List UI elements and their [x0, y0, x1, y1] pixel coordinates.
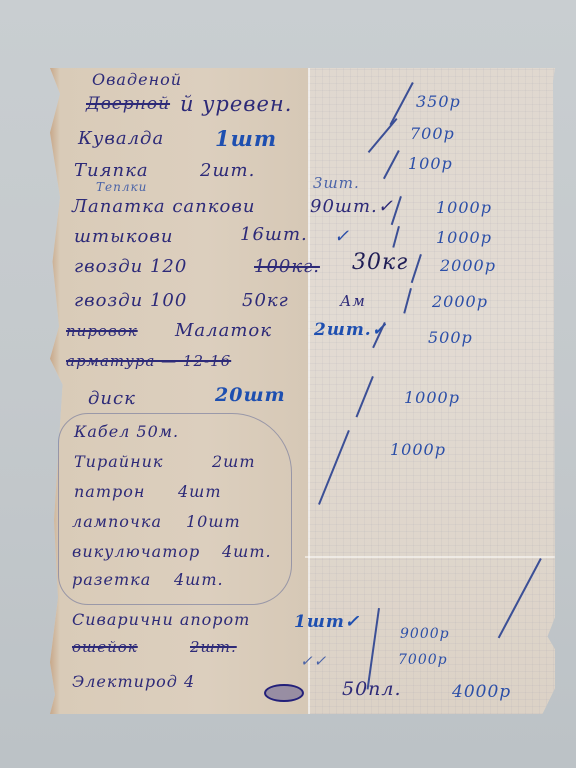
price: 2000р: [440, 256, 496, 275]
item-name: гвозди 120: [74, 256, 187, 277]
item-qty: 20шт: [215, 384, 286, 406]
item-qty: 50кг: [242, 290, 289, 311]
price: 9000р: [400, 626, 450, 642]
header-text: й уревен.: [180, 92, 292, 116]
item-qty: 16шт.: [240, 224, 308, 245]
item-qty: 90шт.✓: [310, 196, 394, 217]
item-qty: 30кг: [352, 250, 408, 275]
price: 4000р: [452, 682, 511, 702]
item-name: Кабел 50м.: [74, 422, 179, 441]
price: 350р: [416, 92, 461, 111]
item-name-struck: арматура — 12-16: [66, 352, 231, 370]
item-name: Малаток: [175, 320, 272, 341]
item-mark: Ам: [340, 292, 366, 310]
price: 2000р: [432, 292, 488, 311]
header-struck: Дверной: [86, 94, 170, 114]
scribbled-out-number: [264, 684, 304, 702]
item-qty-struck: 100кг.: [254, 256, 320, 277]
check-mark: ✓: [334, 226, 350, 247]
item-name: Сиварични апорот: [72, 610, 250, 629]
item-qty: 4шт.: [174, 570, 224, 589]
item-name: Кувалда: [78, 128, 164, 149]
price: 100р: [408, 154, 453, 173]
item-qty: 2шт: [212, 452, 256, 471]
horizontal-fold: [305, 556, 555, 558]
price: 500р: [428, 328, 473, 347]
price: 1000р: [404, 388, 460, 407]
price: 700р: [410, 124, 455, 143]
item-mark: ✓✓: [300, 652, 327, 670]
item-qty: 1шт✓: [294, 612, 360, 632]
item-qty: 50пл.: [342, 678, 402, 700]
item-qty: 4шт.: [222, 542, 272, 561]
item-qty: 4шт: [178, 482, 222, 501]
header-inserted: Оваденой: [92, 70, 182, 89]
item-qty: 2шт.: [200, 160, 255, 181]
price: 1000р: [436, 228, 492, 247]
item-name: Тияпка: [74, 160, 149, 181]
item-name: Тирайник: [74, 452, 163, 471]
price: 1000р: [390, 440, 446, 459]
price: 7000р: [398, 652, 448, 668]
item-name: Лапатка сапкови: [72, 196, 255, 217]
item-name: Электирод 4: [72, 672, 195, 691]
item-name: викулючатор: [72, 542, 200, 561]
item-name: лампочка: [72, 512, 162, 531]
item-name-struck: пировок: [66, 322, 138, 340]
item-qty: 10шт: [186, 512, 241, 531]
item-name: диск: [88, 388, 136, 409]
item-qty: 1шт: [215, 126, 277, 151]
item-name: гвозди 100: [74, 290, 187, 311]
item-qty-struck: 2шт.: [190, 638, 237, 656]
item-name: разетка: [72, 570, 151, 589]
item-name: штыкови: [74, 226, 173, 247]
item-name-struck: ошейок: [72, 638, 138, 656]
price: 1000р: [436, 198, 492, 217]
item-name: патрон: [74, 482, 145, 501]
item-note: 3шт.: [313, 174, 360, 192]
item-note: Теплки: [96, 180, 147, 194]
